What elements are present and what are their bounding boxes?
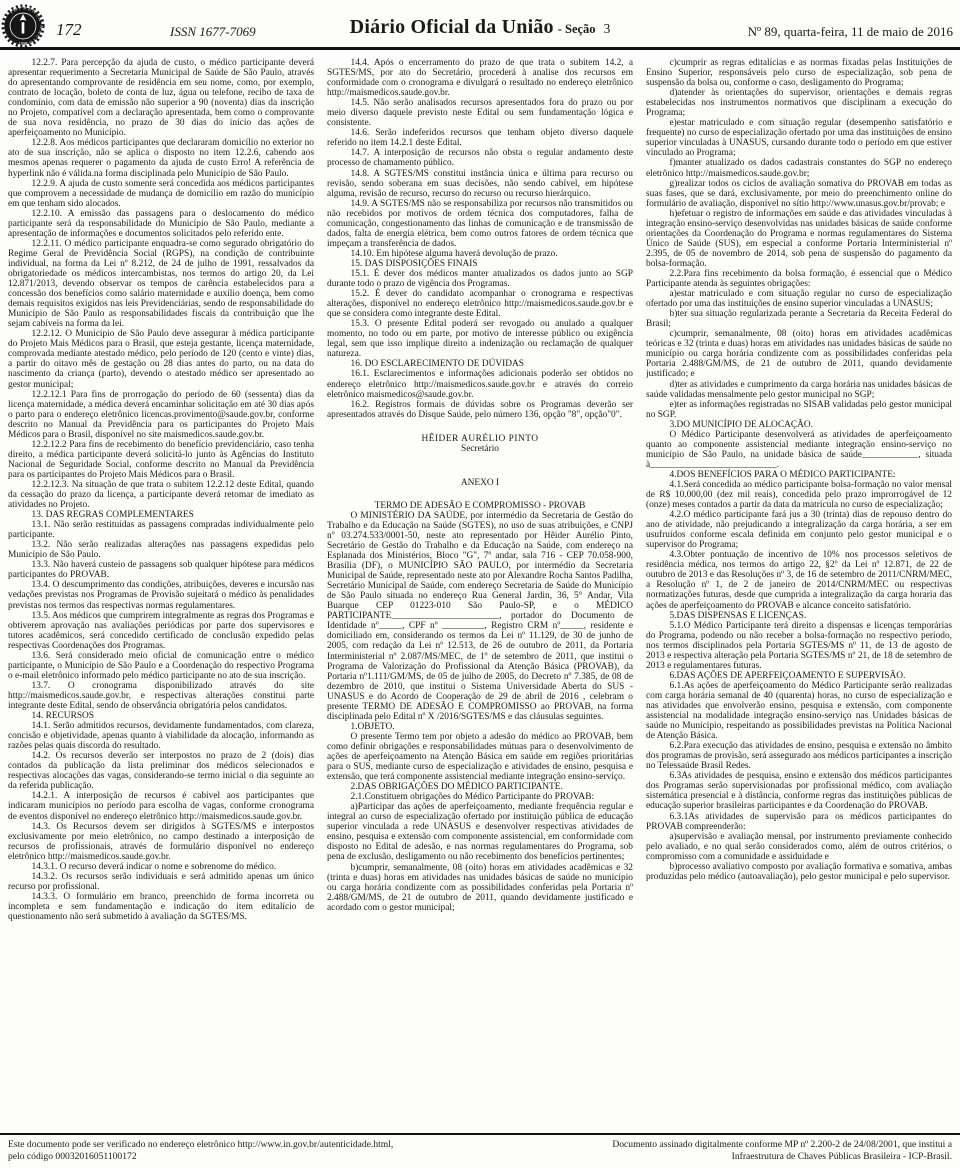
paragraph: 14. RECURSOS — [8, 711, 314, 721]
edition-info: Nº 89, quarta-feira, 11 de maio de 2016 — [748, 24, 953, 40]
paragraph: 12.2.7. Para percepção da ajuda de custo… — [8, 58, 314, 138]
paragraph: 4.2.O médico participante fará jus a 30 … — [646, 510, 952, 550]
paragraph: O Médico Participante desenvolverá as at… — [646, 430, 952, 470]
paragraph: f)manter atualizado os dados cadastrais … — [646, 158, 952, 178]
paragraph: e)ter as informações registradas no SISA… — [646, 400, 952, 420]
paragraph: O presente Termo tem por objeto a adesão… — [327, 732, 633, 782]
paragraph: 4.1.Será concedida ao médico participant… — [646, 480, 952, 510]
paragraph: 12.2.12.3. Na situação de que trata o su… — [8, 480, 314, 510]
paragraph: 1.OBJETO. — [327, 722, 633, 732]
paragraph: O MINISTÉRIO DA SAÚDE, por intermédio da… — [327, 511, 633, 722]
paragraph: 14.3.1. O recurso deverá indicar o nome … — [8, 862, 314, 872]
paragraph: c)cumprir as regras editalícias e as nor… — [646, 58, 952, 88]
paragraph: 16.2. Registros formais de dúvidas sobre… — [327, 400, 633, 420]
paragraph: 3.DO MUNICÍPIO DE ALOCAÇÃO. — [646, 420, 952, 430]
paragraph: 14.1. Serão admitidos recursos, devidame… — [8, 721, 314, 751]
paragraph: 12.2.10. A emissão das passagens para o … — [8, 209, 314, 239]
page-header: IMPRENSA NACIONAL 1808 172 ISSN 1677-706… — [0, 0, 960, 48]
masthead: Diário Oficial da União - Seção 3 — [350, 16, 611, 39]
paragraph: 16.1. Esclarecimentos e informações adic… — [327, 369, 633, 399]
paragraph: 2.1.Constituem obrigações do Médico Part… — [327, 792, 633, 802]
gazette-page: IMPRENSA NACIONAL 1808 172 ISSN 1677-706… — [0, 0, 960, 1168]
issn-label: ISSN 1677-7069 — [170, 24, 256, 40]
section-label: - Seção — [558, 22, 596, 36]
paragraph: HÊIDER AURÉLIO PINTO — [327, 434, 633, 444]
paragraph: 14.5. Não serão analisados recursos apre… — [327, 98, 633, 128]
verification-note: Este documento pode ser verificado no en… — [8, 1139, 393, 1162]
paragraph: 2.DAS OBRIGAÇÕES DO MÉDICO PARTICIPANTE. — [327, 782, 633, 792]
paragraph: 13.2. Não serão realizadas alterações na… — [8, 540, 314, 560]
paragraph: 6.3.1As atividades de supervisão para os… — [646, 812, 952, 832]
paragraph: 14.3.3. O formulário em branco, preenchi… — [8, 892, 314, 922]
paragraph: 13.7. O cronograma disponibilizado atrav… — [8, 681, 314, 711]
paragraph: g)realizar todos os ciclos de avaliação … — [646, 179, 952, 209]
signature-note: Documento assinado digitalmente conforme… — [612, 1139, 952, 1162]
paragraph: 6.1.As ações de aperfeiçoamento do Médic… — [646, 681, 952, 741]
signature-line-2: Infraestrutura de Chaves Públicas Brasil… — [612, 1151, 952, 1163]
paragraph: 13.4. O descumprimento das condições, at… — [8, 580, 314, 610]
paragraph: a)Participar das ações de aperfeiçoament… — [327, 802, 633, 862]
paragraph: b)ter sua situação regularizada perante … — [646, 309, 952, 329]
paragraph: c)cumprir, semanalmente, 08 (oito) horas… — [646, 329, 952, 379]
signature-line-1: Documento assinado digitalmente conforme… — [612, 1139, 952, 1151]
paragraph: 12.2.8. Aos médicos participantes que de… — [8, 138, 314, 178]
paragraph: d)atender às orientações do supervisor, … — [646, 88, 952, 118]
paragraph: 12.2.12. O Município de São Paulo deve a… — [8, 329, 314, 389]
paragraph: 14.2.1. A interposição de recursos é cab… — [8, 791, 314, 821]
paragraph: b)cumprir, semanalmente, 08 (oito) horas… — [327, 863, 633, 913]
document-body: 12.2.7. Para percepção da ajuda de custo… — [8, 58, 952, 1128]
paragraph: 14.8. A SGTES/MS constitui instância úni… — [327, 169, 633, 199]
paragraph: 4.3.Obter pontuação de incentivo de 10% … — [646, 550, 952, 610]
paragraph: 14.6. Serão indeferidos recursos que ten… — [327, 128, 633, 148]
paragraph: 13.1. Não serão restituídas as passagens… — [8, 520, 314, 540]
paragraph: 13.6. Será considerado meio oficial de c… — [8, 651, 314, 681]
paragraph: 14.7. A interposição de recursos não obs… — [327, 148, 633, 168]
paragraph: 16. DO ESCLARECIMENTO DE DÚVIDAS — [327, 359, 633, 369]
paragraph: 6.DAS AÇÕES DE APERFEIÇOAMENTO E SUPERVI… — [646, 671, 952, 681]
gazette-title: Diário Oficial da União — [350, 16, 554, 38]
page-footer: Este documento pode ser verificado no en… — [8, 1139, 952, 1162]
paragraph: 5.1.O Médico Participante terá direito a… — [646, 621, 952, 671]
paragraph: 13.5. Aos médicos que cumprirem integral… — [8, 611, 314, 651]
paragraph: 14.4. Após o encerramento do prazo de qu… — [327, 58, 633, 98]
paragraph: 4.DOS BENEFÍCIOS PARA O MÉDICO PARTICIPA… — [646, 470, 952, 480]
paragraph: Secretário — [327, 444, 633, 454]
paragraph: a)supervisão e avaliação mensal, por ins… — [646, 832, 952, 862]
paragraph: 6.2.Para execução das atividades de ensi… — [646, 741, 952, 771]
verification-line-1: Este documento pode ser verificado no en… — [8, 1139, 393, 1151]
paragraph: 12.2.9. A ajuda de custo somente será co… — [8, 179, 314, 209]
paragraph: 15. DAS DISPOSIÇÕES FINAIS — [327, 259, 633, 269]
imprensa-nacional-seal-icon: IMPRENSA NACIONAL 1808 — [1, 3, 45, 49]
paragraph: d)ter as atividades e cumprimento da car… — [646, 380, 952, 400]
paragraph: 14.3.2. Os recursos serão individuais e … — [8, 872, 314, 892]
paragraph: b)processo avaliativo composto por avali… — [646, 862, 952, 882]
page-number: 172 — [56, 20, 82, 40]
paragraph: 12.2.12.1 Para fins de prorrogação do pe… — [8, 390, 314, 440]
seal-year: 1808 — [19, 41, 28, 46]
paragraph: 15.1. É dever dos médicos manter atualiz… — [327, 269, 633, 289]
paragraph: 14.3. Os Recursos devem ser dirigidos à … — [8, 822, 314, 862]
paragraph: 6.3As atividades de pesquisa, ensino e e… — [646, 771, 952, 811]
column-2: 14.4. Após o encerramento do prazo de qu… — [327, 58, 633, 1128]
footer-rule — [0, 1133, 960, 1135]
paragraph: 14.2. Os recursos deverão ser interposto… — [8, 751, 314, 791]
paragraph: TERMO DE ADESÃO E COMPROMISSO - PROVAB — [327, 501, 633, 511]
paragraph: 12.2.12.2 Para fins de recebimento do be… — [8, 440, 314, 480]
paragraph: a)estar matriculado e com situação regul… — [646, 289, 952, 309]
paragraph: e)estar matriculado e com situação regul… — [646, 118, 952, 158]
paragraph: 5.DAS DISPENSAS E LICENÇAS. — [646, 611, 952, 621]
paragraph: h)efetuar o registro de informações em s… — [646, 209, 952, 269]
paragraph: ANEXO I — [327, 478, 633, 488]
paragraph: 12.2.11. O médico participante enquadra-… — [8, 239, 314, 329]
paragraph: 13. DAS REGRAS COMPLEMENTARES — [8, 510, 314, 520]
verification-line-2: pelo código 00032016051100172 — [8, 1151, 393, 1163]
paragraph: 14.9. A SGTES/MS não se responsabiliza p… — [327, 199, 633, 249]
paragraph: 13.3. Não haverá custeio de passagens so… — [8, 560, 314, 580]
paragraph: 14.10. Em hipótese alguma haverá devoluç… — [327, 249, 633, 259]
column-1: 12.2.7. Para percepção da ajuda de custo… — [8, 58, 314, 1128]
column-3: c)cumprir as regras editalícias e as nor… — [646, 58, 952, 1128]
header-rule — [0, 47, 960, 50]
paragraph: 2.2.Para fins recebimento da bolsa forma… — [646, 269, 952, 289]
paragraph: 15.2. É dever do candidato acompanhar o … — [327, 289, 633, 319]
section-number: 3 — [600, 21, 611, 36]
paragraph: 15.3. O presente Edital poderá ser revog… — [327, 319, 633, 359]
